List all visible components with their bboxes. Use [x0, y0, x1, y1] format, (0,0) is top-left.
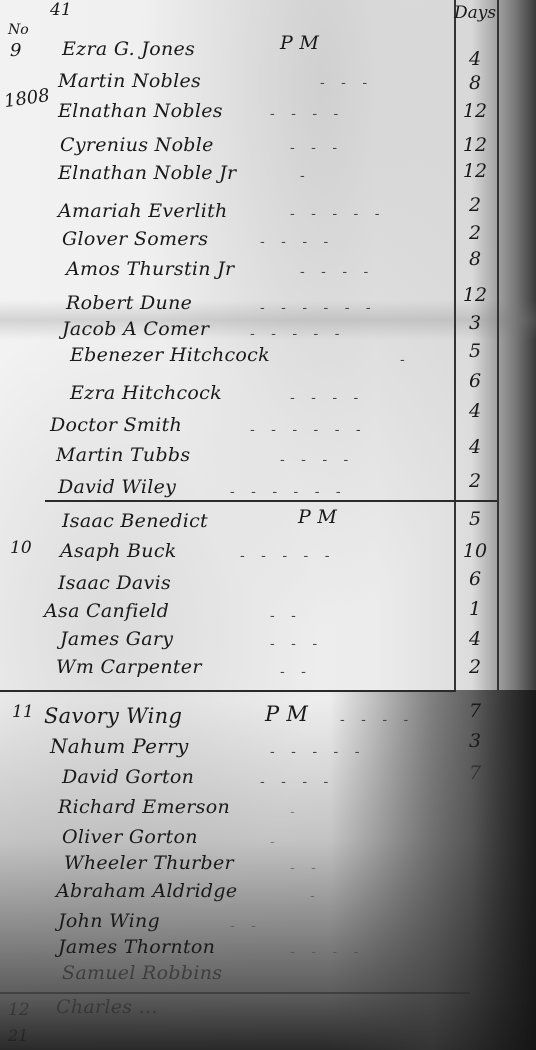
entry-days: 2: [462, 194, 488, 216]
dash-leader: - -: [270, 608, 302, 624]
district-number-12: 12: [8, 1000, 30, 1020]
entry-days: 4: [462, 48, 488, 70]
dash-leader: -: [310, 888, 321, 904]
entry-name: Martin Nobles: [58, 70, 201, 92]
entry-name: Doctor Smith: [50, 414, 182, 436]
entry-name: Savory Wing: [44, 704, 182, 728]
entry-name: Martin Tubbs: [56, 444, 190, 466]
entry-days: 12: [462, 160, 488, 182]
entry-name: Asa Canfield: [44, 600, 169, 622]
dash-leader: -: [290, 804, 301, 820]
entry-days: 6: [462, 568, 488, 590]
entry-name: David Wiley: [58, 476, 176, 498]
section-divider: [0, 690, 456, 692]
dash-leader: -: [270, 834, 281, 850]
entry-name: Oliver Gorton: [62, 826, 198, 848]
dash-leader: - - - -: [270, 106, 344, 122]
margin-no-mark: No: [8, 22, 29, 38]
dash-leader: - - - -: [300, 264, 374, 280]
entry-days: 2: [462, 222, 488, 244]
district-number-10: 10: [10, 538, 32, 558]
entry-days: 7: [462, 762, 488, 784]
entry-name: Glover Somers: [62, 228, 208, 250]
entry-name: Wheeler Thurber: [64, 852, 234, 874]
entry-note: P M: [265, 702, 308, 726]
entry-name: Samuel Robbins: [62, 962, 222, 984]
entry-name: Amariah Everlith: [58, 200, 228, 222]
entry-note: P M: [298, 506, 337, 528]
days-column-right-border: [497, 0, 499, 690]
entry-name: Isaac Benedict: [62, 510, 208, 532]
entry-name: Wm Carpenter: [56, 656, 202, 678]
entry-days: 3: [462, 312, 488, 334]
dash-leader: - - - - -: [270, 744, 365, 760]
dash-leader: - - - - - -: [260, 300, 377, 316]
entry-days: 1: [462, 598, 488, 620]
entry-name: Cyrenius Noble: [60, 134, 214, 156]
entry-name: Asaph Buck: [60, 540, 177, 562]
district-number-9: 9: [10, 40, 21, 61]
page-number: 41: [50, 0, 72, 20]
entry-days: 5: [462, 508, 488, 530]
dash-leader: - -: [290, 860, 322, 876]
entry-name: Jacob A Comer: [62, 318, 209, 340]
entry-name: Abraham Aldridge: [56, 880, 237, 902]
dash-leader: - - - - -: [240, 548, 335, 564]
dash-leader: - - - -: [280, 452, 354, 468]
entry-days: 8: [462, 72, 488, 94]
dash-leader: - -: [280, 664, 312, 680]
dash-leader: - - -: [320, 75, 373, 91]
dash-leader: - - - -: [260, 774, 334, 790]
dash-leader: - - -: [270, 636, 323, 652]
entry-days: 4: [462, 436, 488, 458]
entry-days: 2: [462, 656, 488, 678]
entry-name: Ezra G. Jones: [62, 38, 195, 60]
entry-days: 2: [462, 470, 488, 492]
entry-name: James Gary: [60, 628, 173, 650]
entry-name: Elnathan Noble Jr: [58, 162, 236, 184]
dash-leader: -: [400, 352, 411, 368]
entry-name: John Wing: [58, 910, 160, 932]
year-label: 1808: [3, 85, 51, 112]
entry-name: Ezra Hitchcock: [70, 382, 222, 404]
footer-mark: 21: [8, 1026, 28, 1045]
dash-leader: - - -: [290, 140, 343, 156]
entry-days: 12: [462, 100, 488, 122]
dash-leader: - -: [230, 918, 262, 934]
dash-leader: - - - - -: [250, 326, 345, 342]
entry-days: 12: [462, 134, 488, 156]
entry-days: 4: [462, 628, 488, 650]
entry-name: David Gorton: [62, 766, 194, 788]
district-number-11: 11: [12, 702, 34, 722]
dash-leader: -: [300, 168, 311, 184]
dash-leader: - - - -: [290, 390, 364, 406]
dash-leader: - - - - - -: [250, 422, 367, 438]
dash-leader: - - - - - -: [230, 484, 347, 500]
dash-leader: - - - -: [340, 712, 414, 728]
entry-days: 7: [462, 700, 488, 722]
ledger-page: No 41 9 1808 Days Ezra G. Jones P M 4 Ma…: [0, 0, 536, 1050]
entry-name: Richard Emerson: [58, 796, 230, 818]
entry-name: Amos Thurstin Jr: [66, 258, 234, 280]
entry-name: Ebenezer Hitchcock: [70, 344, 270, 366]
entry-days: 6: [462, 370, 488, 392]
dash-leader: - - - -: [260, 234, 334, 250]
entry-days: 10: [462, 540, 488, 562]
entry-days: 3: [462, 730, 488, 752]
days-column-left-border: [454, 0, 456, 690]
entry-name: Robert Dune: [66, 292, 192, 314]
entry-days: 8: [462, 248, 488, 270]
entry-name: Nahum Perry: [50, 734, 189, 758]
entry-days: 4: [462, 400, 488, 422]
dash-leader: - - - -: [290, 944, 364, 960]
entry-name: James Thornton: [58, 936, 215, 958]
entry-name: Elnathan Nobles: [58, 100, 223, 122]
entry-note: P M: [280, 32, 319, 54]
days-column-header: Days: [450, 3, 500, 23]
entry-days: 12: [462, 284, 488, 306]
section-divider: [0, 992, 470, 994]
section-divider: [45, 500, 497, 502]
entry-name: Charles ...: [56, 996, 158, 1018]
entry-days: 5: [462, 340, 488, 362]
entry-name: Isaac Davis: [58, 572, 171, 594]
dash-leader: - - - - -: [290, 206, 385, 222]
